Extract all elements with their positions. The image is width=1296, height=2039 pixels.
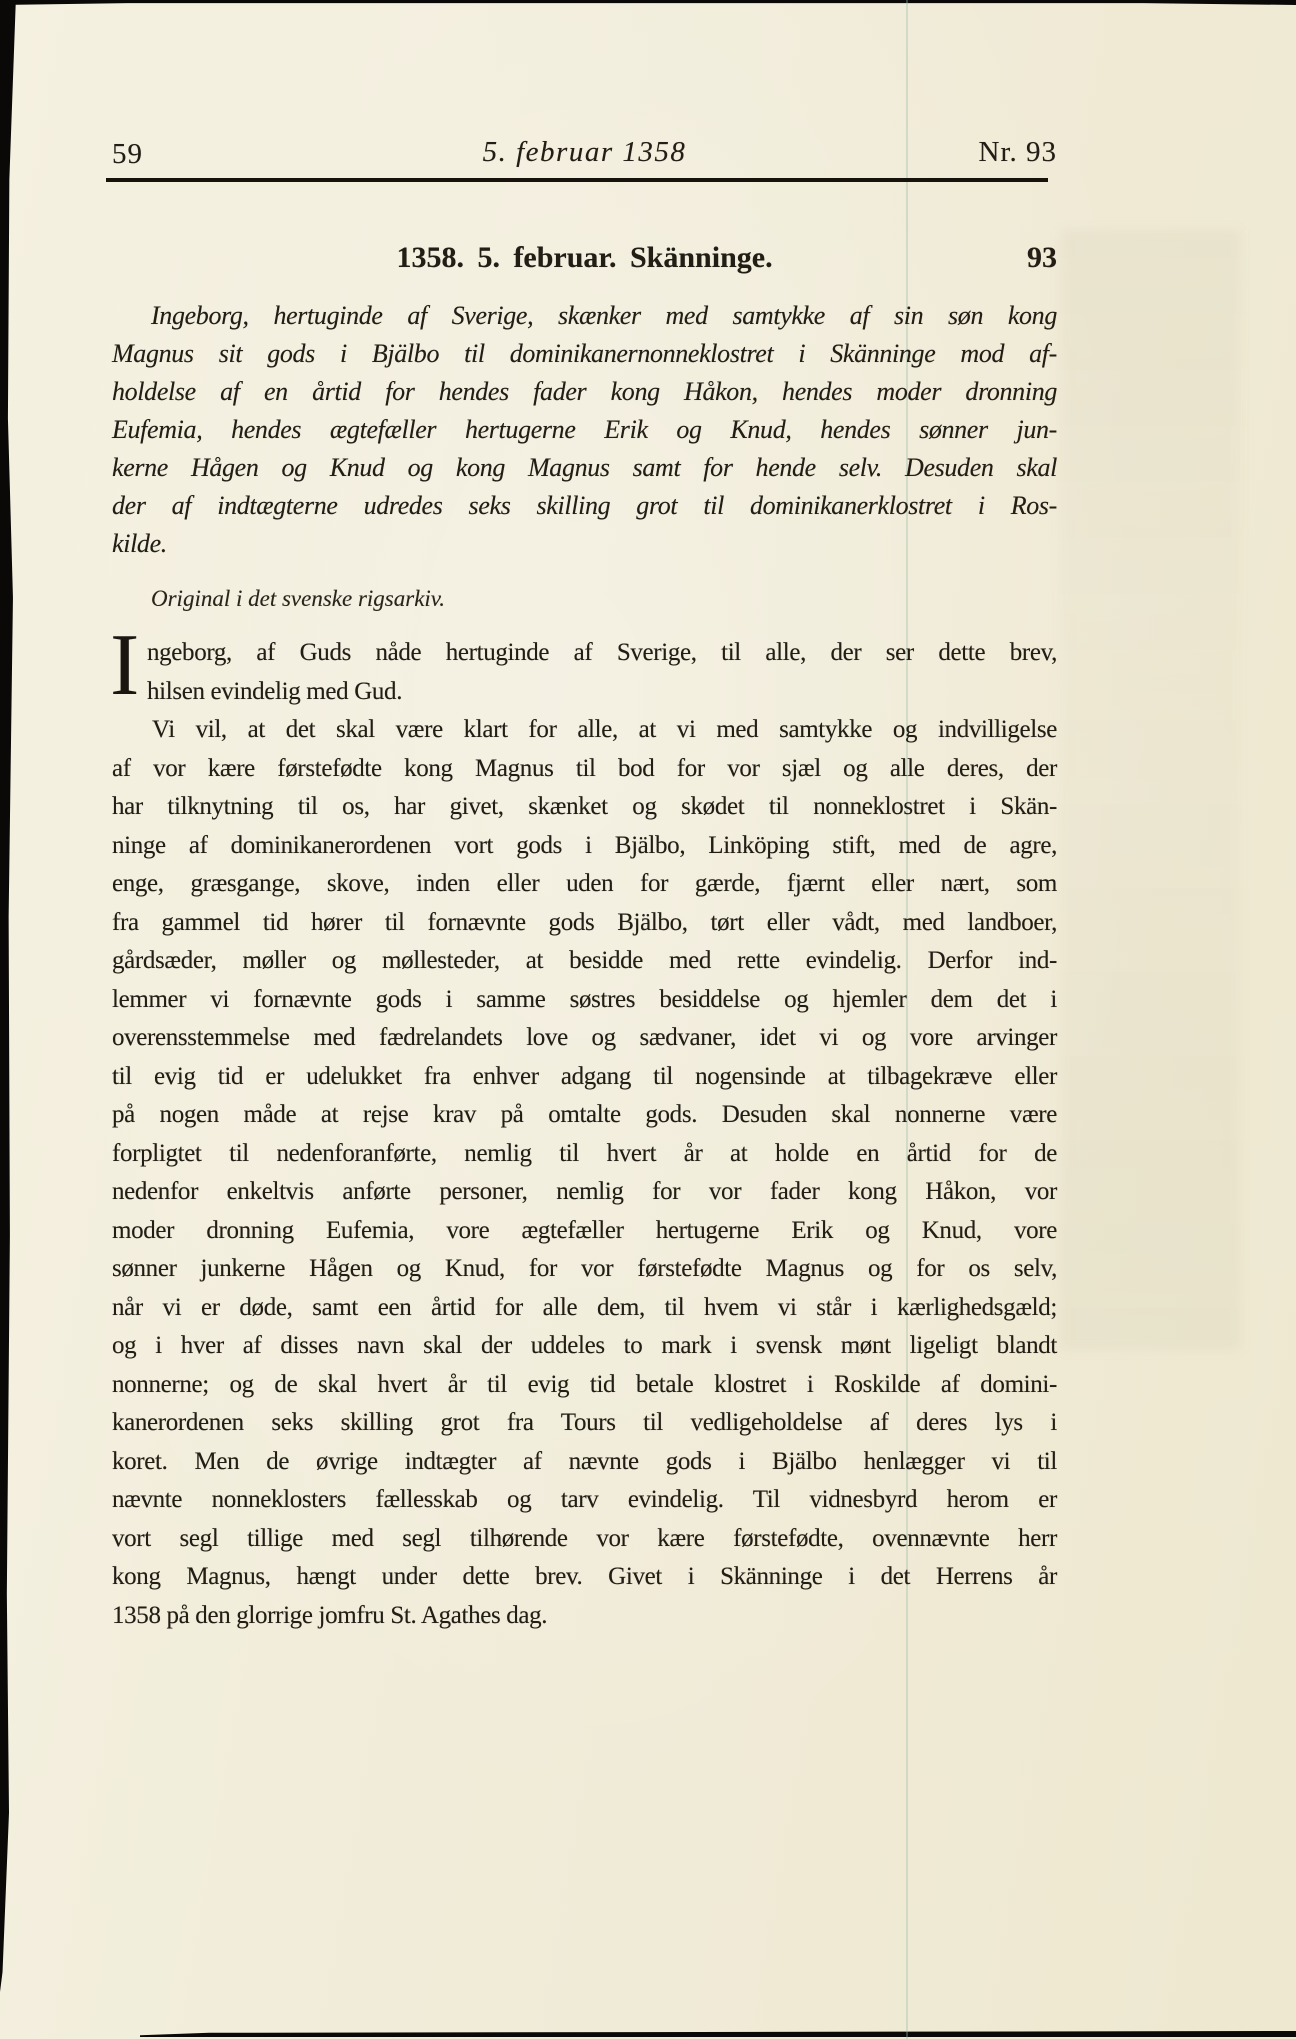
- text-line: Magnus sit gods i Bjälbo til dominikaner…: [112, 335, 1057, 373]
- text-line: hilsen evindelig med Gud.: [112, 673, 1057, 712]
- text-line: Vi vil, at det skal være klart for alle,…: [112, 711, 1057, 750]
- text-line: enge, græsgange, skove, inden eller uden…: [112, 865, 1057, 904]
- document-number: 93: [1027, 241, 1057, 275]
- text-line: nedenfor enkeltvis anførte personer, nem…: [112, 1173, 1057, 1212]
- summary-paragraph: Ingeborg, hertuginde af Sverige, skænker…: [112, 297, 1057, 563]
- text-line: overensstemmelse med fædrelandets love o…: [112, 1019, 1057, 1058]
- text-line: nævnte nonneklosters fællesskab og tarv …: [112, 1481, 1057, 1520]
- header-document-number: Nr. 93: [979, 136, 1058, 169]
- text-line: har tilknytning til os, har givet, skænk…: [112, 788, 1057, 827]
- running-title: 5. februar 1358: [112, 136, 1057, 169]
- source-note: Original i det svenske rigsarkiv.: [151, 586, 445, 612]
- text-line: forpligtet til nedenforanførte, nemlig t…: [112, 1135, 1057, 1174]
- text-line: kong Magnus, hængt under dette brev. Giv…: [112, 1558, 1057, 1597]
- text-line: sønner junkerne Hågen og Knud, for vor f…: [112, 1250, 1057, 1289]
- text-line: gårdsæder, møller og møllesteder, at bes…: [112, 942, 1057, 981]
- text-line: på nogen måde at rejse krav på omtalte g…: [112, 1096, 1057, 1135]
- text-line: koret. Men de øvrige indtægter af nævnte…: [112, 1443, 1057, 1482]
- text-line: kilde.: [112, 525, 1057, 563]
- text-line: når vi er døde, samt een årtid for alle …: [112, 1289, 1057, 1328]
- document-heading: 1358. 5. februar. Skänninge.: [396, 241, 772, 274]
- text-line: og i hver af disses navn skal der uddele…: [112, 1327, 1057, 1366]
- text-line: 1358 på den glorrige jomfru St. Agathes …: [112, 1597, 1057, 1636]
- scan-edge-top: [0, 0, 1296, 5]
- salutation-lines: ngeborg, af Guds nåde hertuginde af Sver…: [112, 634, 1057, 711]
- document-heading-row: 1358. 5. februar. Skänninge. 93: [112, 241, 1057, 275]
- text-line: kerne Hågen og Knud og kong Magnus samt …: [112, 449, 1057, 487]
- text-line: fra gammel tid hører til fornævnte gods …: [112, 904, 1057, 943]
- text-line: Eufemia, hendes ægtefæller hertugerne Er…: [112, 411, 1057, 449]
- text-line: ngeborg, af Guds nåde hertuginde af Sver…: [112, 634, 1057, 673]
- text-line: lemmer vi fornævnte gods i samme søstres…: [112, 981, 1057, 1020]
- scan-edge-bottom: [140, 2031, 1296, 2037]
- text-line: nonnerne; og de skal hvert år til evig t…: [112, 1366, 1057, 1405]
- text-line: til evig tid er udelukket fra enhver adg…: [112, 1058, 1057, 1097]
- header-rule: [106, 178, 1048, 182]
- text-line: af vor kære førstefødte kong Magnus til …: [112, 750, 1057, 789]
- text-line: moder dronning Eufemia, vore ægtefæller …: [112, 1212, 1057, 1251]
- text-line: Ingeborg, hertuginde af Sverige, skænker…: [112, 297, 1057, 335]
- scan-edge-left: [0, 0, 18, 1992]
- text-line: kanerordenen seks skilling grot fra Tour…: [112, 1404, 1057, 1443]
- text-line: vort segl tillige med segl tilhørende vo…: [112, 1520, 1057, 1559]
- text-line: holdelse af en årtid for hendes fader ko…: [112, 373, 1057, 411]
- paper-shading: [1060, 230, 1240, 1350]
- text-line: ninge af dominikanerordenen vort gods i …: [112, 827, 1057, 866]
- body-text: Vi vil, at det skal være klart for alle,…: [112, 711, 1057, 1635]
- scanned-book-page: 59 5. februar 1358 Nr. 93 1358. 5. febru…: [0, 0, 1296, 2039]
- text-line: der af indtægterne udredes seks skilling…: [112, 487, 1057, 525]
